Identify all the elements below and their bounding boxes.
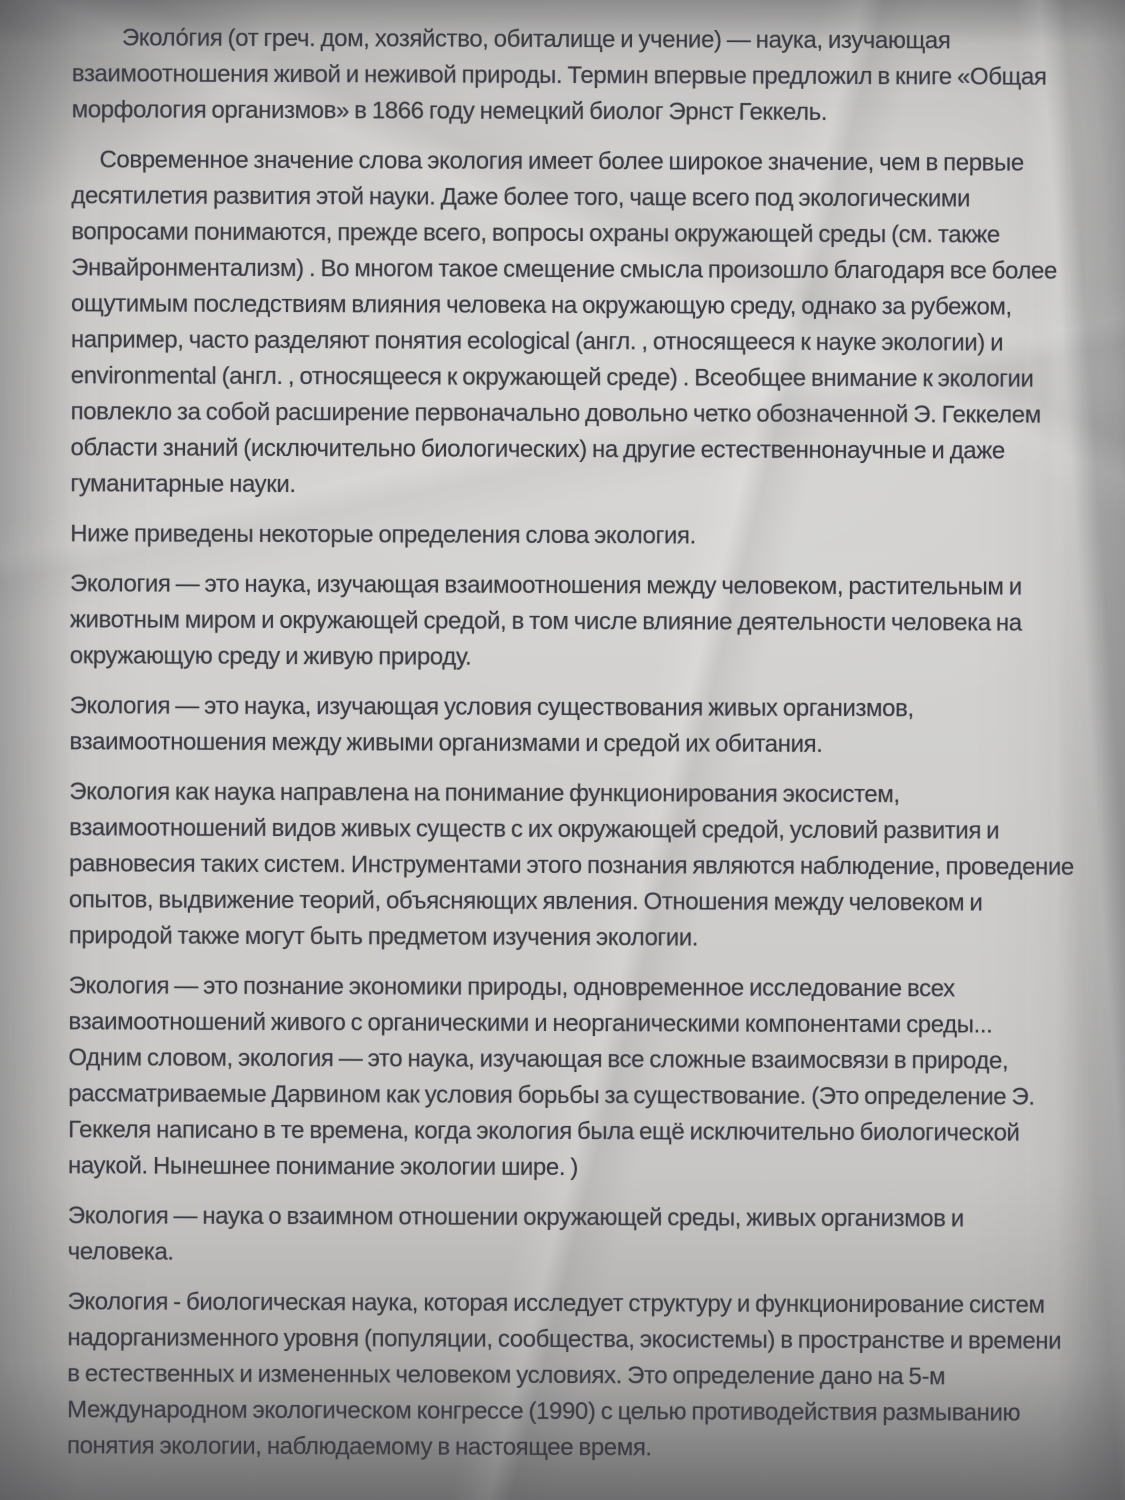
photographed-document: { "colors": { "paper": "#d0cfcd", "ink":…	[0, 0, 1125, 1500]
paragraph-definition-4: Экология — это познание экономики природ…	[68, 968, 1098, 1188]
paragraph-definition-3: Экология как наука направлена на пониман…	[69, 774, 1099, 958]
paragraph-definition-1: Экология — это наука, изучающая взаимоот…	[70, 566, 1099, 678]
paragraph-definition-2: Экология — это наука, изучающая условия …	[69, 688, 1098, 764]
paragraph-modern-meaning: Современное значение слова экология имее…	[70, 142, 1100, 506]
paragraph-definition-5: Экология — наука о взаимном отношении ок…	[68, 1198, 1097, 1274]
paragraph-intro-definition: Эколо́гия (от греч. дом, хозяйство, обит…	[72, 20, 1101, 132]
paragraph-definitions-lead-in: Ниже приведены некоторые определения сло…	[70, 516, 1099, 556]
document-text: Эколо́гия (от греч. дом, хозяйство, обит…	[0, 20, 1125, 1482]
paragraph-definition-6: Экология - биологическая наука, которая …	[67, 1284, 1097, 1468]
